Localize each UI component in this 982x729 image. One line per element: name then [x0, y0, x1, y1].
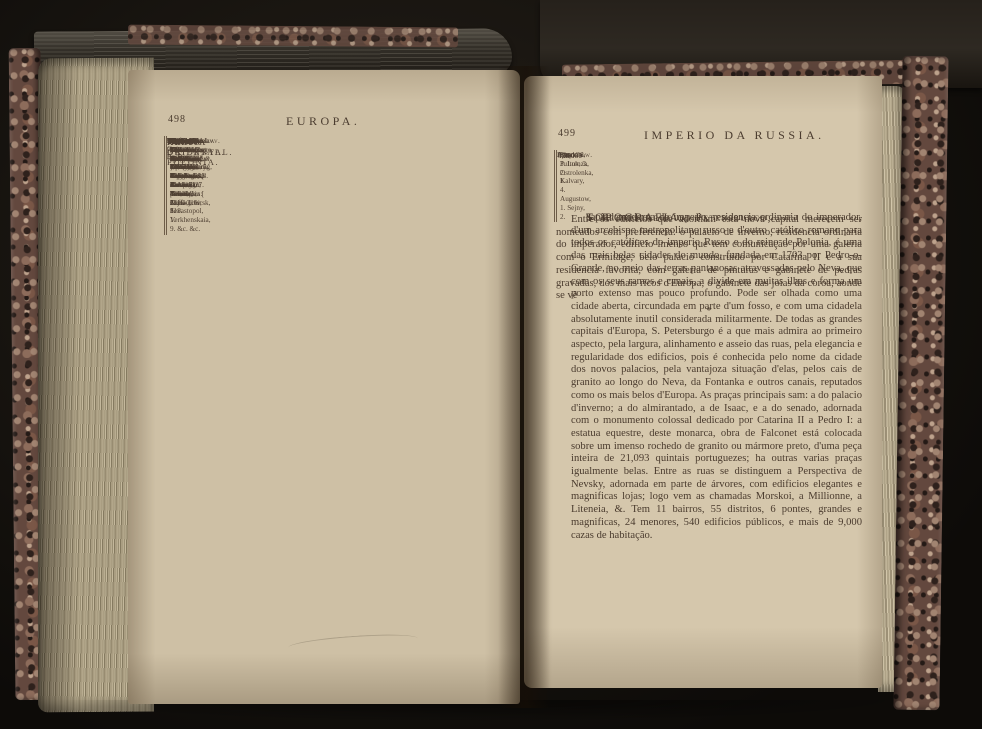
handwritten-mark [288, 631, 419, 654]
cell-cities: Siedlec, 3. Biala, 3. Wengrow, 6. Lukow,… [164, 136, 202, 191]
left-page: 498 EUROPA. Ekatherinoslav.20,100898,000… [128, 70, 520, 704]
marbled-top-edge-left [128, 25, 458, 48]
page-number-498: 498 [168, 114, 186, 125]
page-header-imperio-da-russia: IMPERIO DA RUSSIA. [644, 128, 825, 143]
page-header-europa: EUROPA. [286, 114, 360, 129]
book-cover-right [893, 56, 948, 711]
book-photo: 498 EUROPA. Ekatherinoslav.20,100898,000… [0, 0, 982, 729]
page-number-499: 499 [558, 128, 576, 139]
topography-text-block: TOPOGRAFIA. S. Petersburgo ou Petersburg… [556, 212, 862, 318]
right-page: IMPERIO DA RUSSIA. 499 Plock.4,520454,00… [524, 76, 882, 688]
gutter-shadow [498, 66, 550, 708]
topografia-body: capital moderna do imperio, residencia o… [571, 212, 862, 542]
